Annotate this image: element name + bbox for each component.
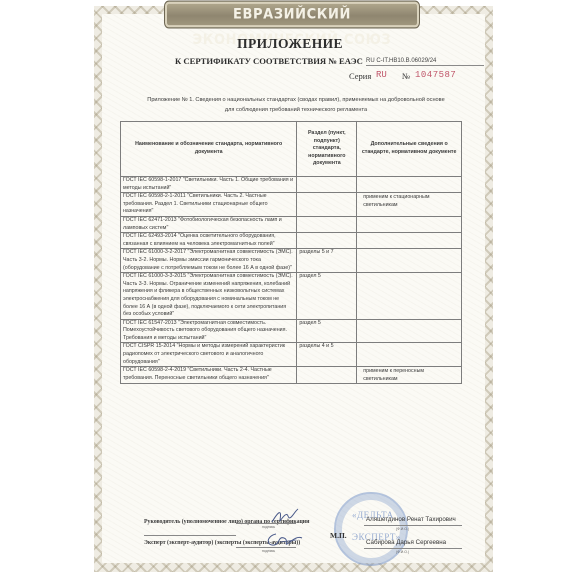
notes-cell (357, 343, 462, 367)
head-label-underline (144, 535, 236, 536)
expert-name-caption: (Ф.И.О.) (396, 550, 409, 554)
header-additional-info: Дополнительные сведения о стандарте, нор… (357, 122, 462, 177)
standard-cell: ГОСТ IEC 61000-3-3-2015 "Электромагнитна… (121, 273, 297, 320)
section-cell: разделы 5 и 7 (297, 249, 357, 273)
standard-cell: ГОСТ CISPR 15-2014 "Нормы и методы измер… (121, 343, 297, 367)
section-cell (297, 233, 357, 249)
section-cell (297, 193, 357, 217)
standard-cell: ГОСТ IEC 60598-2-4-2019 "Светильники. Ча… (121, 367, 297, 384)
appendix-line-1: Приложение № 1. Сведения о национальных … (110, 95, 482, 105)
table-row: ГОСТ IEC 60598-2-1-2011 "Светильники. Ча… (121, 193, 462, 217)
section-cell: разделы 4 и 5 (297, 343, 357, 367)
head-name-caption: (Ф.И.О.) (396, 527, 409, 531)
certificate-line-label: К СЕРТИФИКАТУ СООТВЕТСТВИЯ № ЕАЭС (175, 56, 363, 66)
table-row: ГОСТ CISPR 15-2014 "Нормы и методы измер… (121, 343, 462, 367)
table-header-row: Наименование и обозначение стандарта, но… (121, 122, 462, 177)
standard-cell: ГОСТ IEC 60598-1-2017 "Светильники. Част… (121, 177, 297, 193)
series-label: Серия (349, 71, 371, 81)
section-cell: раздел 5 (297, 273, 357, 320)
expert-signature-icon (262, 530, 306, 550)
table-row: ГОСТ IEC 61547-2013 "Электромагнитная со… (121, 319, 462, 343)
table-row: ГОСТ IEC 61000-3-3-2015 "Электромагнитна… (121, 273, 462, 320)
header-standard-name: Наименование и обозначение стандарта, но… (121, 122, 297, 177)
table-row: ГОСТ IEC 62493-2014 "Оценка осветительно… (121, 233, 462, 249)
union-name-plaque: ЕВРАЗИЙСКИЙ ЭКОНОМИЧЕСКИЙ СОЮЗ (164, 1, 420, 29)
notes-cell (357, 249, 462, 273)
notes-cell (357, 177, 462, 193)
table-row: ГОСТ IEC 60598-2-4-2019 "Светильники. Ча… (121, 367, 462, 384)
notes-cell: применим к переносным светильникам (357, 367, 462, 384)
document-title: ПРИЛОЖЕНИЕ (0, 36, 580, 52)
standard-cell: ГОСТ IEC 62471-2013 "Фотобиологическая б… (121, 216, 297, 232)
notes-cell (357, 216, 462, 232)
notes-cell (357, 273, 462, 320)
section-cell (297, 177, 357, 193)
header-section: Раздел (пункт, подпункт) стандарта, норм… (297, 122, 357, 177)
expert-signatory-name: Сабирова Дарья Сергеевна (366, 539, 446, 546)
notes-cell (357, 319, 462, 343)
table-row: ГОСТ IEC 62471-2013 "Фотобиологическая б… (121, 216, 462, 232)
section-cell (297, 216, 357, 232)
notes-cell: применим к стационарным светильникам (357, 193, 462, 217)
standard-cell: ГОСТ IEC 60598-2-1-2011 "Светильники. Ча… (121, 193, 297, 217)
head-signature-icon (268, 506, 304, 526)
section-cell (297, 367, 357, 384)
head-signatory-name: Аляшетдинов Ренат Тахирович (366, 516, 456, 523)
series-value: RU (376, 70, 387, 80)
blank-number: 1047587 (415, 70, 456, 80)
certificate-number: RU C-IT.НВ10.В.06029/24 (366, 58, 484, 66)
standards-table: Наименование и обозначение стандарта, но… (120, 121, 462, 384)
table-row: ГОСТ IEC 60598-1-2017 "Светильники. Част… (121, 177, 462, 193)
notes-cell (357, 233, 462, 249)
number-label: № (402, 71, 410, 81)
standard-cell: ГОСТ IEC 61000-3-2-2017 "Электромагнитна… (121, 249, 297, 273)
appendix-line-2: для соблюдения требований технического р… (110, 105, 482, 115)
table-row: ГОСТ IEC 61000-3-2-2017 "Электромагнитна… (121, 249, 462, 273)
section-cell: раздел 5 (297, 319, 357, 343)
head-name-line (364, 525, 462, 526)
seal-place-label: М.П. (330, 531, 347, 540)
expert-name-line (364, 548, 462, 549)
standard-cell: ГОСТ IEC 62493-2014 "Оценка осветительно… (121, 233, 297, 249)
standard-cell: ГОСТ IEC 61547-2013 "Электромагнитная со… (121, 319, 297, 343)
appendix-description: Приложение № 1. Сведения о национальных … (110, 95, 482, 115)
